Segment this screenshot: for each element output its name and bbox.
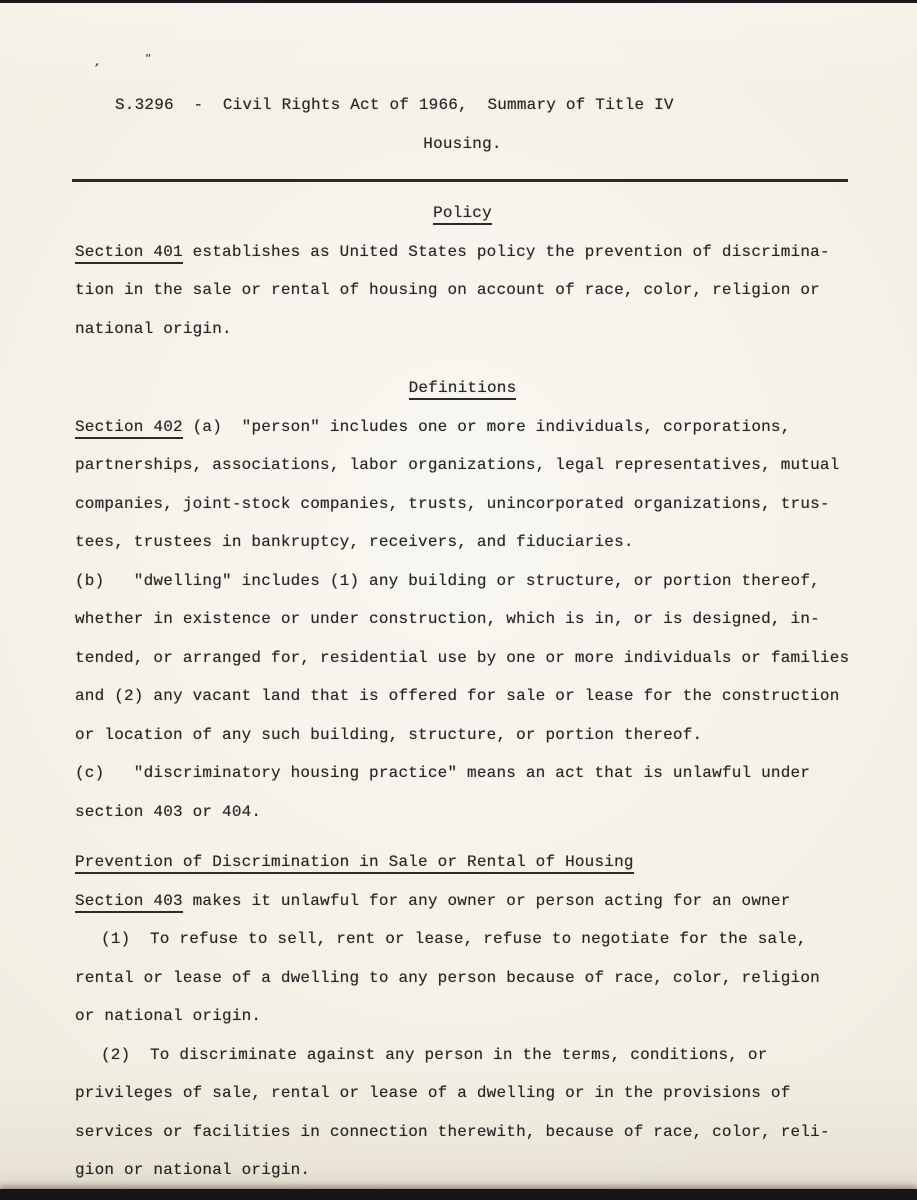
paragraph-line: (c) "discriminatory housing practice" me… — [75, 754, 850, 793]
scan-edge-top — [0, 0, 917, 3]
paragraph-line: Section 403 makes it unlawful for any ow… — [75, 882, 850, 921]
scan-edge-bottom — [0, 1189, 917, 1200]
paragraph-line: tended, or arranged for, residential use… — [75, 639, 850, 678]
paragraph: (1) To refuse to sell, rent or lease, re… — [75, 920, 850, 1036]
section-heading-text: Policy — [433, 204, 492, 225]
title-line: S.3296 - Civil Rights Act of 1966, Summa… — [75, 86, 850, 125]
paragraph-line: tion in the sale or rental of housing on… — [75, 271, 850, 310]
paragraph-line: partnerships, associations, labor organi… — [75, 446, 850, 485]
paragraph-line: or location of any such building, struct… — [75, 716, 850, 755]
section-heading: Prevention of Discrimination in Sale or … — [75, 843, 850, 882]
paragraph-line: companies, joint-stock companies, trusts… — [75, 485, 850, 524]
pen-mark: ” — [145, 52, 150, 66]
paragraph: (2) To discriminate against any person i… — [75, 1036, 850, 1190]
paragraph: Section 401 establishes as United States… — [75, 233, 850, 349]
pen-mark: ’ — [90, 60, 100, 79]
paragraph-line: section 403 or 404. — [75, 793, 850, 832]
paragraph-line: gion or national origin. — [75, 1151, 850, 1190]
horizontal-rule — [72, 179, 848, 182]
section-reference: Section 402 — [75, 418, 183, 439]
paragraph: Section 403 makes it unlawful for any ow… — [75, 882, 850, 921]
paragraph-line: (b) "dwelling" includes (1) any building… — [75, 562, 850, 601]
paragraph: (c) "discriminatory housing practice" me… — [75, 754, 850, 831]
paragraph-line: whether in existence or under constructi… — [75, 600, 850, 639]
document-body: S.3296 - Civil Rights Act of 1966, Summa… — [75, 86, 850, 1190]
section-heading-text: Prevention of Discrimination in Sale or … — [75, 853, 634, 874]
subtitle-line: Housing. — [75, 125, 850, 164]
paragraph-line: privileges of sale, rental or lease of a… — [75, 1074, 850, 1113]
paragraph-line: services or facilities in connection the… — [75, 1113, 850, 1152]
paragraph-line: (1) To refuse to sell, rent or lease, re… — [75, 920, 850, 959]
paragraph-line: tees, trustees in bankruptcy, receivers,… — [75, 523, 850, 562]
section-heading: Policy — [75, 194, 850, 233]
section-heading-text: Definitions — [409, 379, 517, 400]
section-reference: Section 401 — [75, 243, 183, 264]
section-reference: Section 403 — [75, 892, 183, 913]
paragraph: (b) "dwelling" includes (1) any building… — [75, 562, 850, 755]
paragraph-line: Section 401 establishes as United States… — [75, 233, 850, 272]
paragraph-line: national origin. — [75, 310, 850, 349]
paragraph: Section 402 (a) "person" includes one or… — [75, 408, 850, 562]
section-heading: Definitions — [75, 369, 850, 408]
paragraph-line: (2) To discriminate against any person i… — [75, 1036, 850, 1075]
paragraph-line: Section 402 (a) "person" includes one or… — [75, 408, 850, 447]
paragraph-line: rental or lease of a dwelling to any per… — [75, 959, 850, 998]
paragraph-line: and (2) any vacant land that is offered … — [75, 677, 850, 716]
paragraph-line: or national origin. — [75, 997, 850, 1036]
scanned-document-page: ’ ” S.3296 - Civil Rights Act of 1966, S… — [0, 0, 917, 1200]
